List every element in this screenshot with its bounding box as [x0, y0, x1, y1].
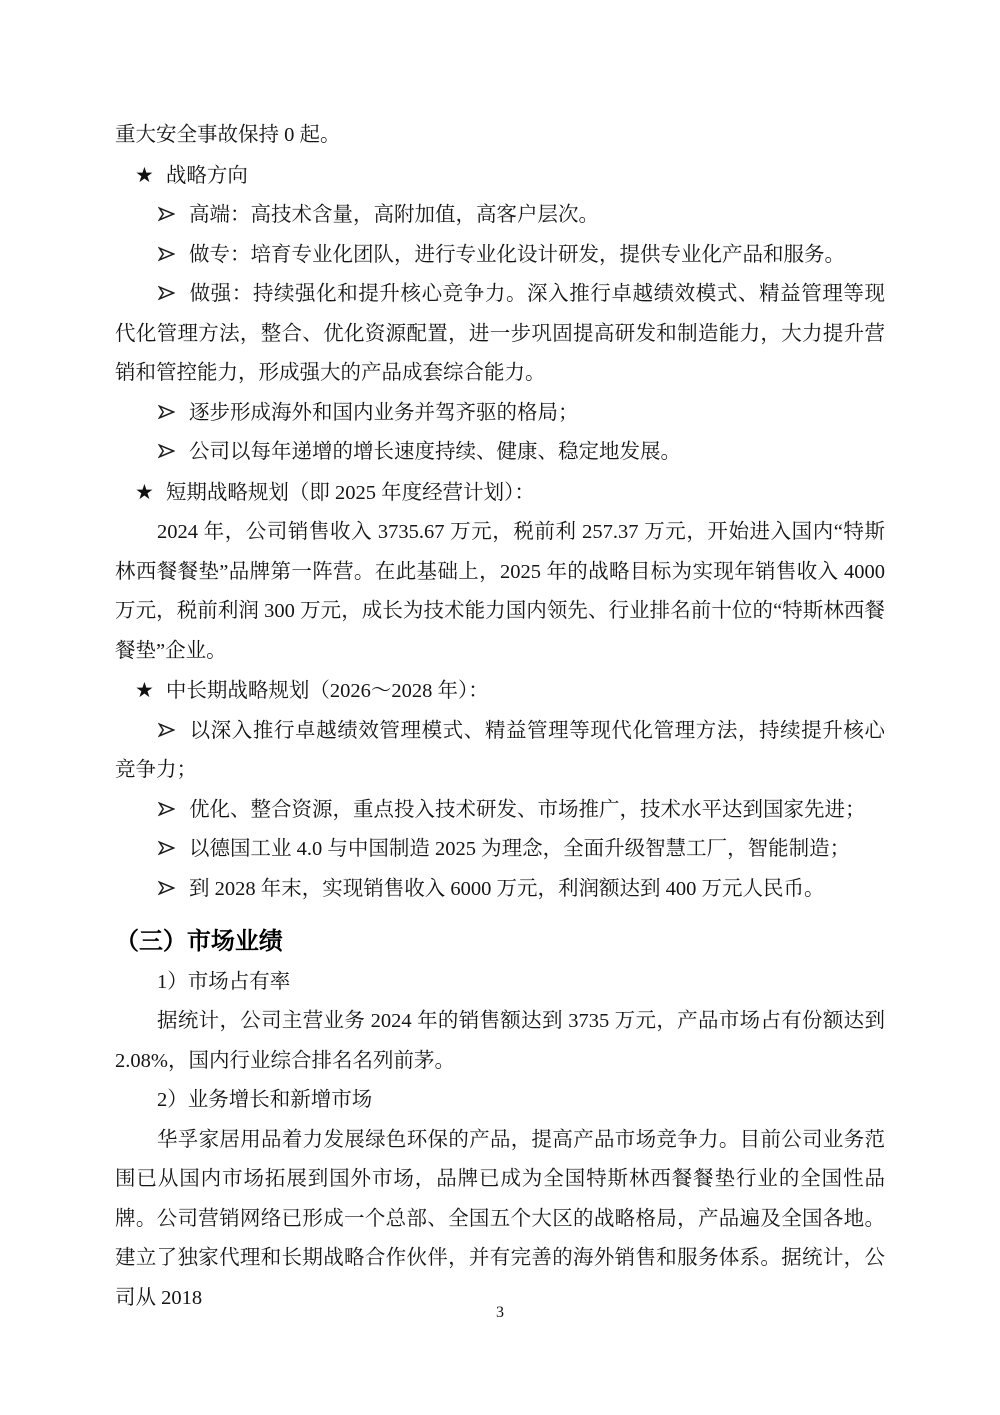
- paragraph: 2）业务增长和新增市场: [115, 1081, 885, 1121]
- paragraph: 华孚家居用品着力发展绿色环保的产品，提高产品市场竞争力。目前公司业务范围已从国内…: [115, 1121, 885, 1319]
- paragraph-text: 短期战略规划（即 2025 年度经营计划）：: [166, 482, 535, 504]
- document-body: 重大安全事故保持 0 起。★战略方向高端：高技术含量，高附加值，高客户层次。做专…: [115, 116, 885, 1318]
- paragraph-text: 2）业务增长和新增市场: [157, 1089, 372, 1111]
- page-number: 3: [0, 1303, 1000, 1323]
- paragraph-text: 优化、整合资源，重点投入技术研发、市场推广，技术水平达到国家先进；: [189, 799, 866, 821]
- paragraph-text: 中长期战略规划（2026～2028 年）：: [166, 680, 489, 702]
- star-list-item: ★战略方向: [115, 156, 885, 197]
- paragraph-text: 公司以每年递增的增长速度持续、健康、稳定地发展。: [189, 441, 681, 463]
- paragraph-text: 高端：高技术含量，高附加值，高客户层次。: [189, 204, 599, 226]
- star-list-item: ★短期战略规划（即 2025 年度经营计划）：: [115, 473, 885, 514]
- paragraph-text: 以德国工业 4.0 与中国制造 2025 为理念，全面升级智慧工厂，智能制造；: [189, 838, 850, 860]
- paragraph-text: 1）市场占有率: [157, 971, 290, 993]
- paragraph-text: 2024 年，公司销售收入 3735.67 万元，税前利 257.37 万元，开…: [115, 521, 885, 662]
- arrow-list-item: 做强：持续强化和提升核心竞争力。深入推行卓越绩效模式、精益管理等现代化管理方法，…: [115, 275, 885, 394]
- arrow-list-item: 做专：培育专业化团队，进行专业化设计研发，提供专业化产品和服务。: [115, 236, 885, 276]
- arrow-bullet-icon: [158, 206, 175, 222]
- paragraph: 2024 年，公司销售收入 3735.67 万元，税前利 257.37 万元，开…: [115, 513, 885, 671]
- heading-text: （三）市场业绩: [115, 929, 283, 955]
- arrow-list-item: 优化、整合资源，重点投入技术研发、市场推广，技术水平达到国家先进；: [115, 791, 885, 831]
- arrow-bullet-icon: [158, 880, 175, 896]
- paragraph: 据统计，公司主营业务 2024 年的销售额达到 3735 万元，产品市场占有份额…: [115, 1002, 885, 1081]
- arrow-list-item: 以深入推行卓越绩效管理模式、精益管理等现代化管理方法，持续提升核心竞争力；: [115, 712, 885, 791]
- paragraph-text: 做专：培育专业化团队，进行专业化设计研发，提供专业化产品和服务。: [189, 244, 845, 266]
- paragraph-text: 重大安全事故保持 0 起。: [115, 124, 341, 146]
- paragraph: 1）市场占有率: [115, 963, 885, 1003]
- paragraph-text: 做强：持续强化和提升核心竞争力。深入推行卓越绩效模式、精益管理等现代化管理方法，…: [115, 283, 885, 384]
- paragraph-text: 据统计，公司主营业务 2024 年的销售额达到 3735 万元，产品市场占有份额…: [115, 1010, 885, 1072]
- arrow-bullet-icon: [158, 443, 175, 459]
- paragraph-text: 以深入推行卓越绩效管理模式、精益管理等现代化管理方法，持续提升核心竞争力；: [115, 720, 885, 782]
- arrow-bullet-icon: [158, 285, 175, 301]
- arrow-list-item: 逐步形成海外和国内业务并驾齐驱的格局；: [115, 394, 885, 434]
- arrow-bullet-icon: [158, 840, 175, 856]
- arrow-list-item: 高端：高技术含量，高附加值，高客户层次。: [115, 196, 885, 236]
- document-page: { "page": { "number": "3" }, "icons": { …: [0, 0, 1000, 1415]
- section-heading: （三）市场业绩: [115, 923, 885, 963]
- paragraph-text: 战略方向: [166, 165, 248, 187]
- star-bullet-icon: ★: [135, 163, 154, 187]
- paragraph-text: 华孚家居用品着力发展绿色环保的产品，提高产品市场竞争力。目前公司业务范围已从国内…: [115, 1129, 885, 1309]
- star-bullet-icon: ★: [135, 480, 154, 504]
- arrow-list-item: 公司以每年递增的增长速度持续、健康、稳定地发展。: [115, 433, 885, 473]
- paragraph: 重大安全事故保持 0 起。: [115, 116, 885, 156]
- arrow-bullet-icon: [158, 722, 175, 738]
- paragraph-text: 逐步形成海外和国内业务并驾齐驱的格局；: [189, 402, 579, 424]
- arrow-bullet-icon: [158, 246, 175, 262]
- star-list-item: ★中长期战略规划（2026～2028 年）：: [115, 671, 885, 712]
- arrow-list-item: 到 2028 年末，实现销售收入 6000 万元，利润额达到 400 万元人民币…: [115, 870, 885, 910]
- arrow-bullet-icon: [158, 801, 175, 817]
- star-bullet-icon: ★: [135, 678, 154, 702]
- paragraph-text: 到 2028 年末，实现销售收入 6000 万元，利润额达到 400 万元人民币…: [189, 878, 825, 900]
- arrow-list-item: 以德国工业 4.0 与中国制造 2025 为理念，全面升级智慧工厂，智能制造；: [115, 830, 885, 870]
- arrow-bullet-icon: [158, 404, 175, 420]
